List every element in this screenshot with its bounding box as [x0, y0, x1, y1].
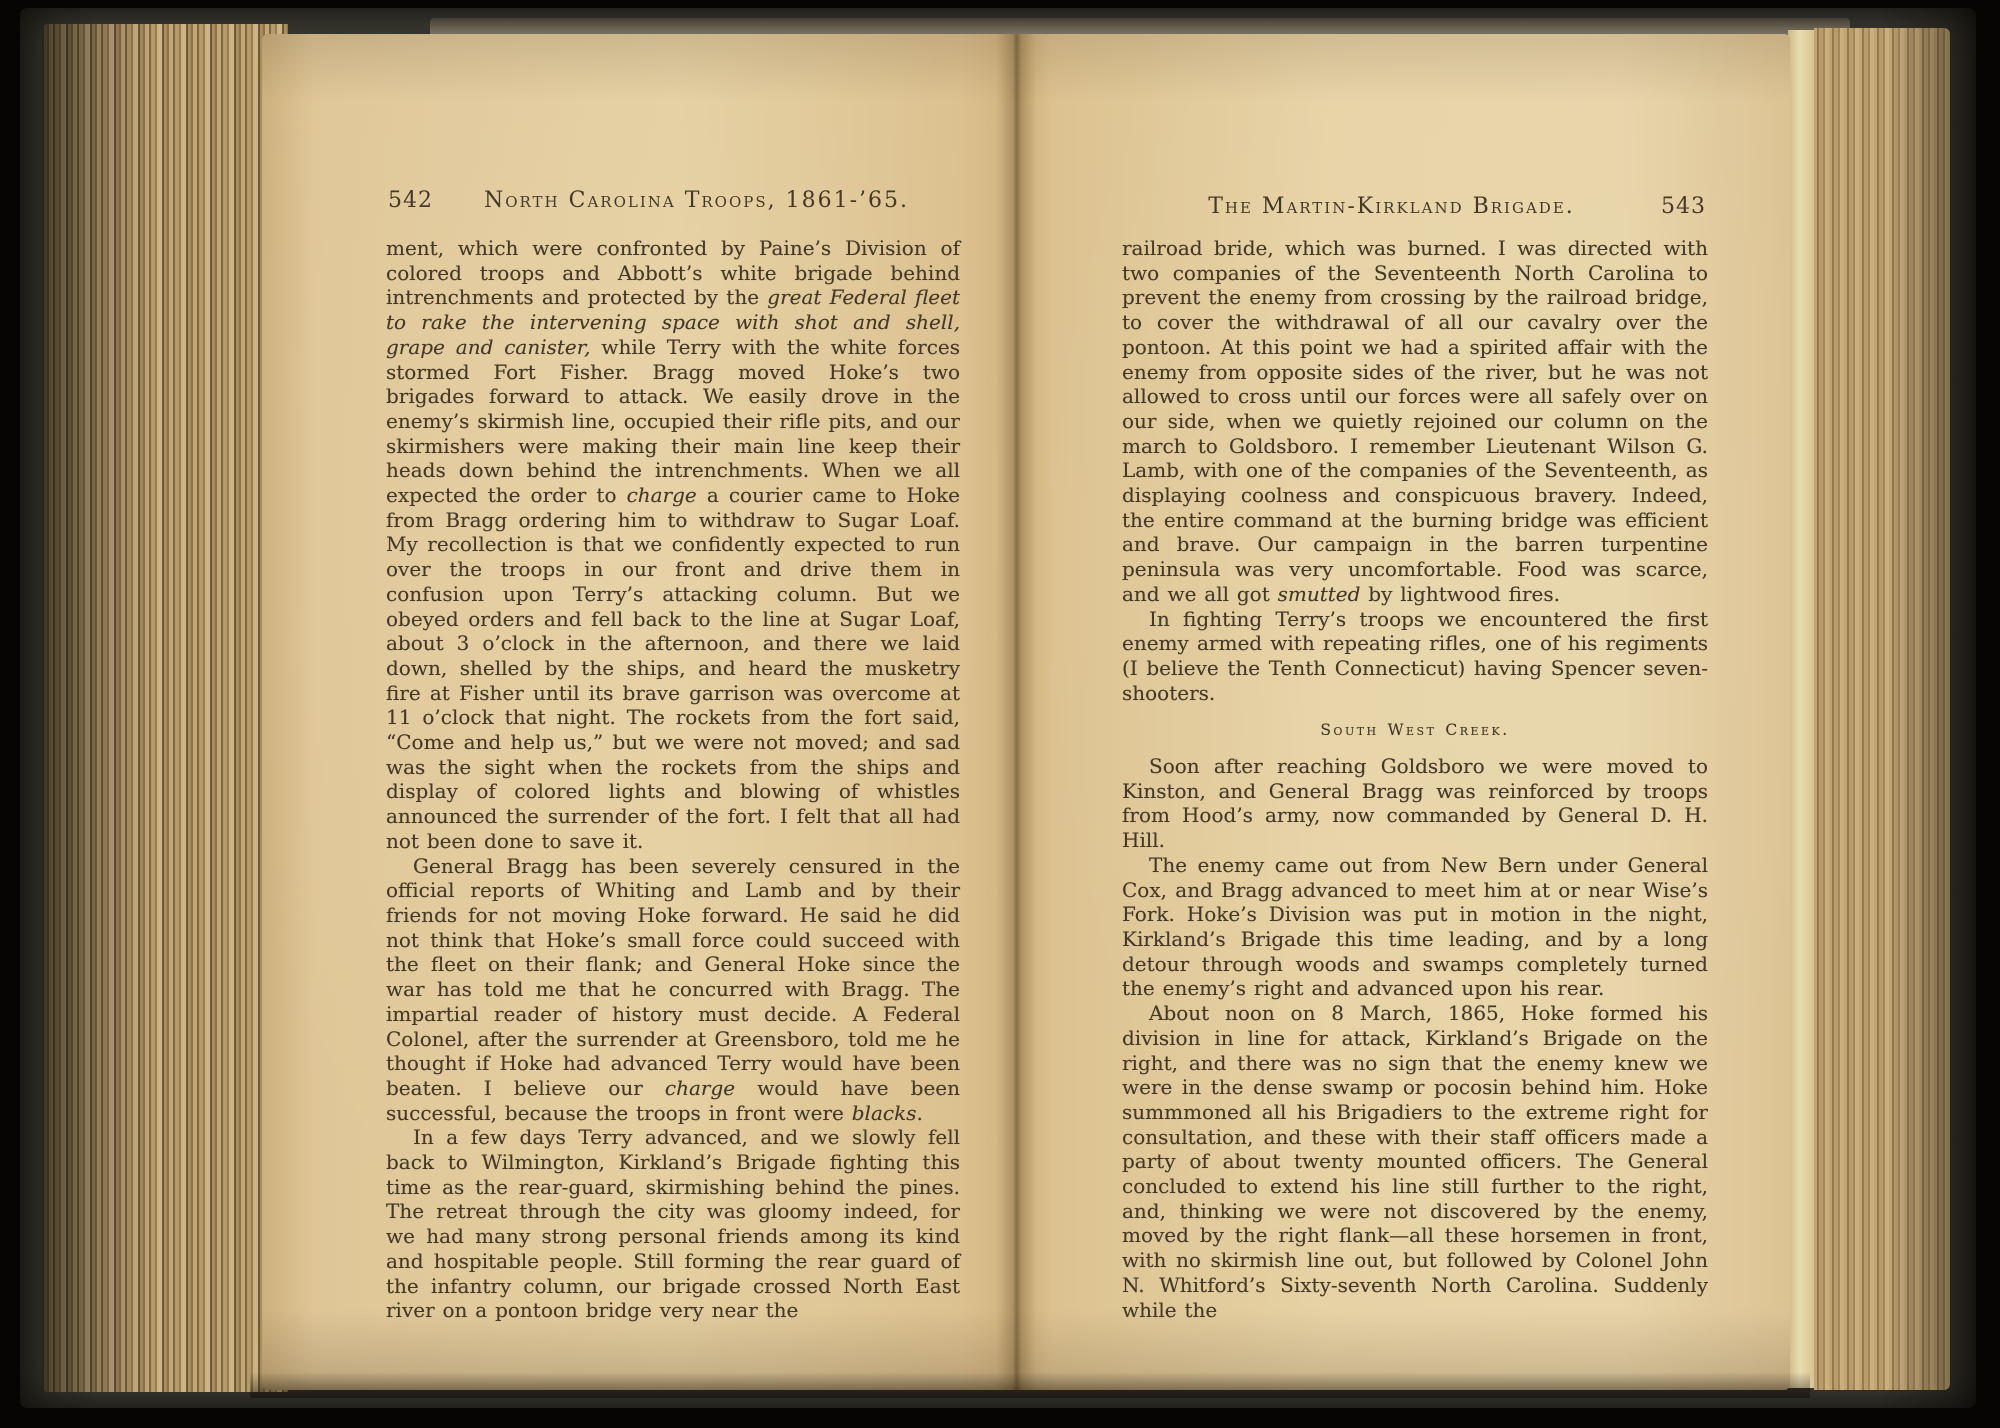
body-paragraph: In a few days Terry advanced, and we slo…	[386, 1125, 960, 1323]
left-running-title: North Carolina Troops, 1861-’65.	[433, 188, 960, 213]
section-heading: South West Creek.	[1122, 718, 1708, 743]
body-paragraph: Soon after reaching Goldsboro we were mo…	[1122, 754, 1708, 853]
left-page-body: ment, which were confronted by Paine’s D…	[386, 236, 960, 1323]
body-paragraph: In fighting Terry’s troops we encountere…	[1122, 607, 1708, 706]
right-page-number: 543	[1661, 194, 1706, 219]
body-paragraph: railroad bride, which was burned. I was …	[1122, 236, 1708, 607]
left-page-header: 542 North Carolina Troops, 1861-’65.	[388, 188, 960, 213]
body-paragraph: General Bragg has been severely censured…	[386, 854, 960, 1126]
body-paragraph: ment, which were confronted by Paine’s D…	[386, 236, 960, 854]
left-fore-edge-pages	[42, 24, 288, 1392]
right-running-title: The Martin-Kirkland Brigade.	[1122, 194, 1661, 219]
body-paragraph: The enemy came out from New Bern under G…	[1122, 853, 1708, 1001]
right-page-body: railroad bride, which was burned. I was …	[1122, 236, 1708, 1322]
body-paragraph: About noon on 8 March, 1865, Hoke formed…	[1122, 1001, 1708, 1322]
right-page-header: The Martin-Kirkland Brigade. 543	[1122, 194, 1706, 219]
right-fore-edge-pages	[1814, 28, 1950, 1390]
right-page-edge-highlight	[1788, 30, 1814, 1388]
left-page-number: 542	[388, 188, 433, 213]
